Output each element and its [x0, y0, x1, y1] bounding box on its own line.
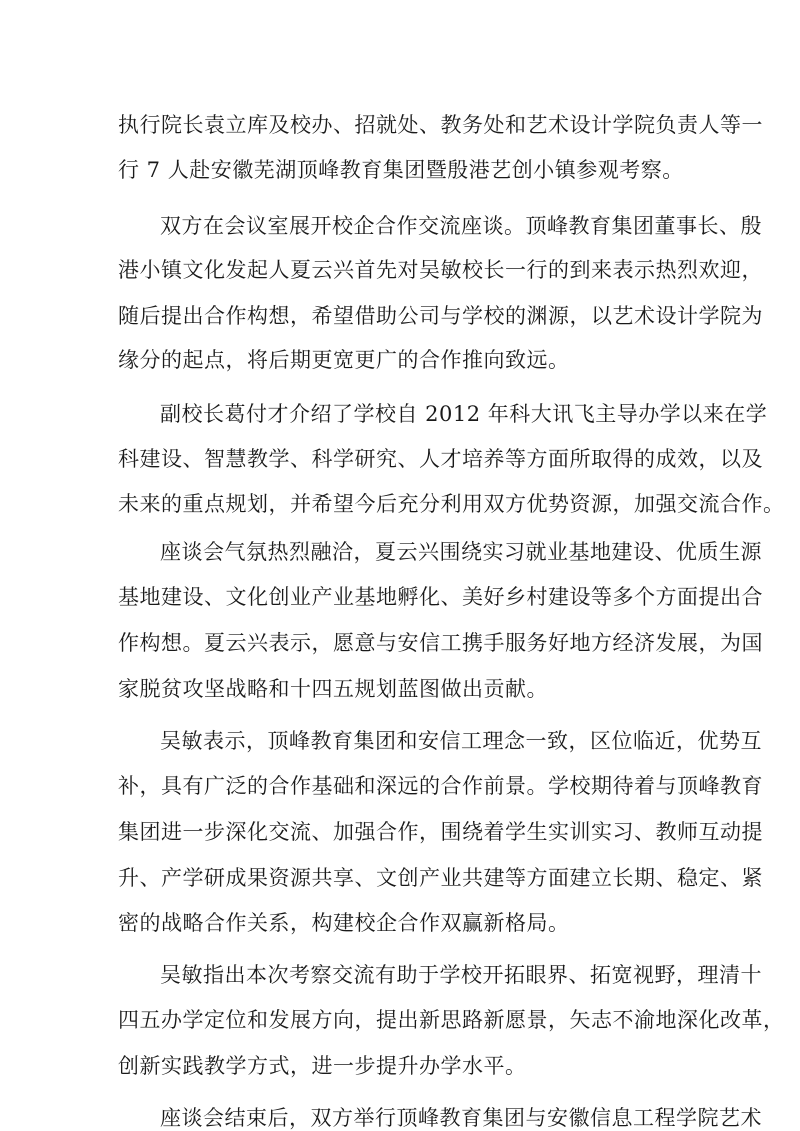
document-page: 执行院长袁立库及校办、招就处、教务处和艺术设计学院负责人等一 行 7 人赴安徽芜… [0, 0, 800, 1131]
text-line: 未来的重点规划，并希望今后充分利用双方优势资源，加强交流合作。 [118, 491, 684, 517]
text-line: 双方在会议室展开校企合作交流座谈。顶峰教育集团董事长、殷 [160, 213, 684, 239]
text-line: 吴敏表示，顶峰教育集团和安信工理念一致，区位临近，优势互 [160, 728, 684, 754]
text-line: 作构想。夏云兴表示，愿意与安信工携手服务好地方经济发展，为国 [118, 630, 684, 656]
text-line: 执行院长袁立库及校办、招就处、教务处和艺术设计学院负责人等一 [118, 112, 684, 138]
text-line: 随后提出合作构想，希望借助公司与学校的渊源，以艺术设计学院为 [118, 303, 684, 329]
text-line: 家脱贫攻坚战略和十四五规划蓝图做出贡献。 [118, 676, 684, 702]
text-line: 科建设、智慧教学、科学研究、人才培养等方面所取得的成效，以及 [118, 446, 684, 472]
text-line: 吴敏指出本次考察交流有助于学校开拓眼界、拓宽视野，理清十 [160, 962, 684, 988]
text-line: 座谈会结束后，双方举行顶峰教育集团与安徽信息工程学院艺术 [160, 1105, 684, 1131]
text-line: 行 7 人赴安徽芜湖顶峰教育集团暨殷港艺创小镇参观考察。 [118, 157, 684, 183]
text-line: 四五办学定位和发展方向，提出新思路新愿景，矢志不渝地深化改革， [118, 1007, 684, 1033]
text-line: 副校长葛付才介绍了学校自 2012 年科大讯飞主导办学以来在学 [160, 401, 684, 427]
text-line: 座谈会气氛热烈融洽，夏云兴围绕实习就业基地建设、优质生源 [160, 539, 684, 565]
text-line: 升、产学研成果资源共享、文创产业共建等方面建立长期、稳定、紧 [118, 865, 684, 891]
text-line: 补，具有广泛的合作基础和深远的合作前景。学校期待着与顶峰教育 [118, 773, 684, 799]
text-line: 密的战略合作关系，构建校企合作双赢新格局。 [118, 910, 684, 936]
text-line: 集团进一步深化交流、加强合作，围绕着学生实训实习、教师互动提 [118, 819, 684, 845]
text-line: 港小镇文化发起人夏云兴首先对吴敏校长一行的到来表示热烈欢迎， [118, 257, 684, 283]
text-line: 创新实践教学方式，进一步提升办学水平。 [118, 1053, 684, 1079]
text-line: 基地建设、文化创业产业基地孵化、美好乡村建设等多个方面提出合 [118, 584, 684, 610]
text-line: 缘分的起点，将后期更宽更广的合作推向致远。 [118, 347, 684, 373]
